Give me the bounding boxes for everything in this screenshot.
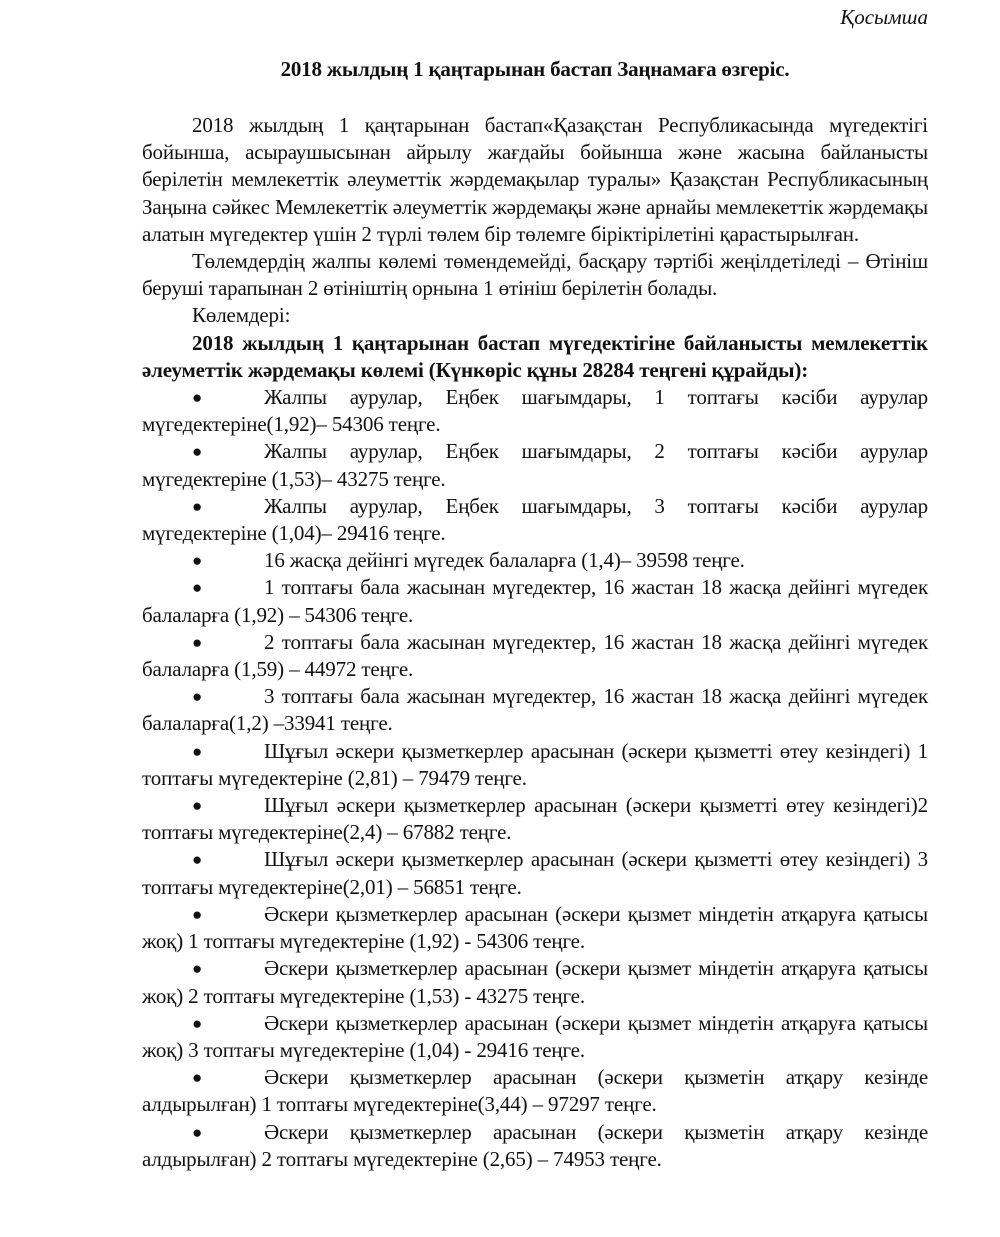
bullet-icon: ● xyxy=(192,1064,264,1091)
bullet-icon: ● xyxy=(192,846,264,873)
list-item: ●Шұғыл әскери қызметкерлер арасынан (әск… xyxy=(142,792,928,846)
list-item: ●Әскери қызметкерлер арасынан (әскери қы… xyxy=(142,1010,928,1064)
list-item: ●Жалпы аурулар, Еңбек шағымдары, 1 топта… xyxy=(142,384,928,438)
list-item-text: 16 жасқа дейінгі мүгедек балаларға (1,4)… xyxy=(264,548,745,572)
appendix-label: Қосымша xyxy=(840,4,928,31)
list-item: ●16 жасқа дейінгі мүгедек балаларға (1,4… xyxy=(142,547,928,574)
list-item: ●Әскери қызметкерлер арасынан (әскери қы… xyxy=(142,955,928,1009)
benefit-amounts-list: ●Жалпы аурулар, Еңбек шағымдары, 1 топта… xyxy=(142,384,928,1173)
bullet-icon: ● xyxy=(192,547,264,574)
list-item: ●Әскери қызметкерлер арасынан (әскери қы… xyxy=(142,1064,928,1118)
bullet-icon: ● xyxy=(192,1010,264,1037)
document-title: 2018 жылдың 1 қаңтарынан бастап Заңнамағ… xyxy=(142,56,928,83)
list-item: ●2 топтағы бала жасынан мүгедектер, 16 ж… xyxy=(142,629,928,683)
list-item: ●Әскери қызметкерлер арасынан (әскери қы… xyxy=(142,1119,928,1173)
bullet-icon: ● xyxy=(192,792,264,819)
bullet-icon: ● xyxy=(192,629,264,656)
bullet-icon: ● xyxy=(192,955,264,982)
list-item: ●1 топтағы бала жасынан мүгедектер, 16 ж… xyxy=(142,574,928,628)
list-item: ●Жалпы аурулар, Еңбек шағымдары, 3 топта… xyxy=(142,493,928,547)
bullet-icon: ● xyxy=(192,901,264,928)
bullet-icon: ● xyxy=(192,493,264,520)
list-item: ●Шұғыл әскери қызметкерлер арасынан (әск… xyxy=(142,738,928,792)
list-item: ●3 топтағы бала жасынан мүгедектер, 16 ж… xyxy=(142,683,928,737)
bullet-icon: ● xyxy=(192,1119,264,1146)
bullet-icon: ● xyxy=(192,574,264,601)
amounts-label: Көлемдері: xyxy=(142,302,928,329)
bullet-icon: ● xyxy=(192,438,264,465)
payments-paragraph: Төлемдердің жалпы көлемі төмендемейді, б… xyxy=(142,248,928,302)
section-heading: 2018 жылдың 1 қаңтарынан бастап мүгедект… xyxy=(142,330,928,384)
document-body: 2018 жылдың 1 қаңтарынан бастап«Қазақста… xyxy=(142,112,928,1173)
bullet-icon: ● xyxy=(192,738,264,765)
list-item: ●Жалпы аурулар, Еңбек шағымдары, 2 топта… xyxy=(142,438,928,492)
list-item: ●Әскери қызметкерлер арасынан (әскери қы… xyxy=(142,901,928,955)
bullet-icon: ● xyxy=(192,384,264,411)
list-item: ●Шұғыл әскери қызметкерлер арасынан (әск… xyxy=(142,846,928,900)
bullet-icon: ● xyxy=(192,683,264,710)
intro-paragraph: 2018 жылдың 1 қаңтарынан бастап«Қазақста… xyxy=(142,112,928,248)
